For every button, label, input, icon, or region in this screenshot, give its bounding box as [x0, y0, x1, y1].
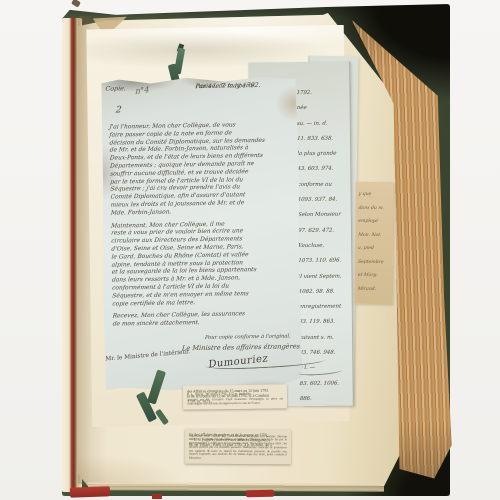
accounts-line: enregistrement: [298, 300, 349, 316]
accounts-line: suivant s. m.: [298, 330, 349, 346]
addressee-annotation: Mr. le Ministre de l'intérieur.: [105, 347, 215, 363]
dateline: Paris le 7 may 1792. l'an 4e. de la libe…: [195, 81, 299, 83]
number-scribble: n° 4: [135, 85, 150, 96]
photo-scene: 1792.néesu. — in. d.11. 833. 638.la plus…: [0, 0, 500, 500]
ribbon-fold: [147, 369, 166, 404]
accounts-line: su. — in. d.: [296, 116, 347, 132]
tan-slip: y quedans du m.employéMon. Not.a. piedSe…: [354, 182, 393, 304]
slip-line: dans du m.: [357, 201, 392, 215]
slip-line: Mon. Not.: [357, 228, 392, 242]
catalog-label-1: 231.DUMOURIEZ (Charles-François Duperrie…: [183, 384, 287, 409]
letter-line: de mon sincère attachement.: [112, 318, 295, 329]
green-ribbon-bottom: [136, 370, 182, 426]
accounts-line: 1082. 98. 88.: [298, 284, 349, 300]
accounts-line: 1792.: [296, 86, 347, 102]
slip-line: Mirand.: [356, 282, 391, 296]
accounts-line: 97. 629. 472.: [297, 223, 348, 239]
accounts-line: conforme au: [297, 177, 348, 193]
accounts-line: Vaucluse,: [297, 238, 348, 254]
red-bookmark-ribbon: [70, 486, 110, 497]
slip-line: employé: [357, 215, 392, 229]
accounts-line: née: [296, 101, 347, 117]
ribbon-tip: [155, 409, 169, 426]
accounts-line: 83. 602. 1006.: [299, 376, 350, 392]
red-bookmark-ribbon-3: [152, 494, 162, 499]
accounts-line: 1093. 937. 84.: [297, 193, 348, 209]
copy-label: Copie.: [105, 85, 126, 92]
accounts-line: 11. 833. 638.: [296, 131, 347, 147]
accounts-line: il vient Septem.: [298, 269, 349, 285]
dateline-era: l'an 4e. de la liberté.: [195, 82, 256, 91]
copy-conforme-note: Pour copie conforme à l'original,: [188, 333, 309, 341]
accounts-line: 886.: [299, 391, 350, 407]
red-bookmark-ribbon-2: [246, 490, 274, 497]
manuscript-letter: Copie. n° 4 Paris le 7 may 1792. l'an 4e…: [99, 75, 302, 391]
leaf-edges: [88, 482, 384, 492]
accounts-line: 1073. 110. 696.: [298, 254, 349, 270]
accounts-line: 93. 119. 863.: [298, 315, 349, 331]
paragraph-1: J'ai l'honneur, Mon cher Collègue, de vo…: [109, 121, 293, 218]
label1-footnote: Acquitté par M. Lecointre d'une fournitu…: [187, 398, 283, 407]
slip-line: y que: [357, 188, 392, 202]
page-number: 2: [115, 105, 122, 115]
slip-line: a. pied: [357, 242, 392, 256]
letter-body: J'ai l'honneur, Mon cher Collègue, de vo…: [109, 121, 295, 334]
slip-line: et Marg.: [357, 269, 392, 283]
paragraph-3: Recevez, Mon cher Collègue, les assuranc…: [112, 311, 294, 330]
label2-description: Importante lettre confiée aux considérat…: [189, 434, 287, 461]
accounts-line: 43. 603. 974.: [297, 162, 348, 178]
paper-speck: [71, 0, 81, 8]
paragraph-2: Maintenant, Mon cher Collègue, il merest…: [111, 220, 294, 309]
accounts-line: la plus grande: [296, 147, 347, 163]
slip-line: Septembre: [357, 255, 392, 269]
accounts-line: Selon Monsieur: [297, 208, 348, 224]
catalog-label-2: 2696DUMOURIEZ (Charles-François), célèbr…: [185, 429, 291, 465]
